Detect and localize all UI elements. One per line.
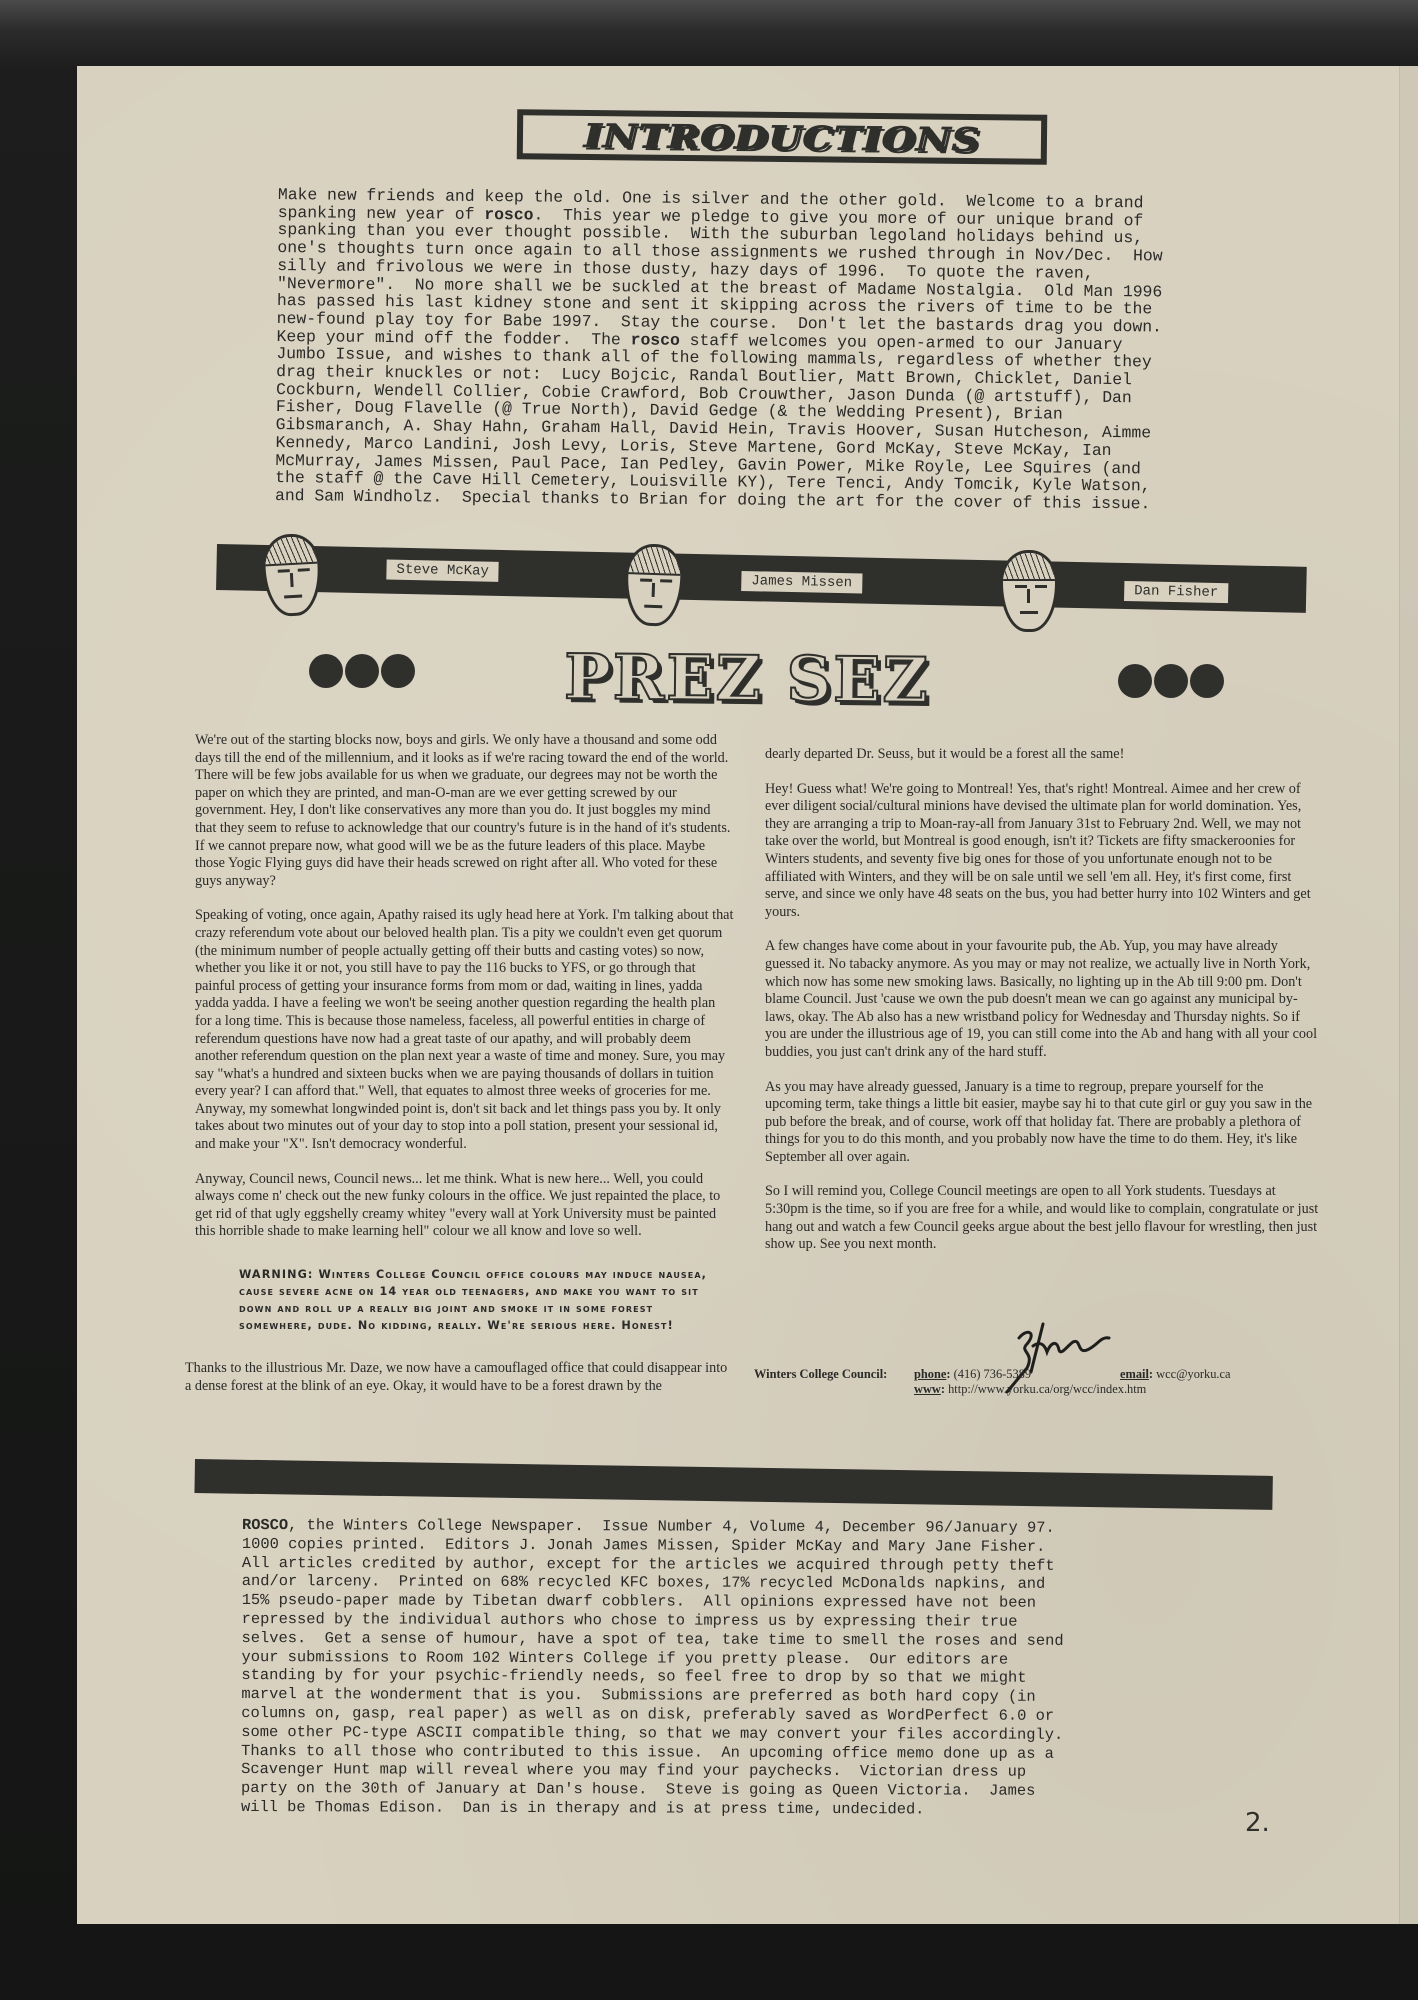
prez-sez-left-column: We're out of the starting blocks now, bo…: [195, 732, 735, 1258]
thanks-paragraph: Thanks to the illustrious Mr. Daze, we n…: [185, 1360, 735, 1395]
paragraph: We're out of the starting blocks now, bo…: [195, 732, 735, 890]
contact-www: www: http://www.yorku.ca/org/wcc/index.h…: [914, 1381, 1146, 1397]
colophon-text: ROSCO, the Winters College Newspaper. Is…: [241, 1516, 1322, 1821]
introductions-heading: INTRODUCTIONS: [517, 109, 1047, 165]
face-illustration-icon: [624, 543, 685, 627]
bullet-dots-icon: [309, 654, 415, 688]
introductions-heading-text: INTRODUCTIONS: [584, 116, 981, 158]
warning-notice: WARNING: Winters College Council office …: [239, 1266, 719, 1334]
editor-name-label: Dan Fisher: [1124, 581, 1228, 603]
contact-org: Winters College Council:: [754, 1366, 887, 1382]
paragraph: So I will remind you, College Council me…: [765, 1183, 1320, 1253]
editors-strip: Steve McKay James Missen Dan Fisher: [216, 544, 1307, 613]
introductions-text: Make new friends and keep the old. One i…: [275, 186, 1328, 515]
text-line: will be Thomas Edison. Dan is in therapy…: [241, 1798, 1321, 1821]
contact-email: email: wcc@yorku.ca: [1120, 1366, 1231, 1382]
newspaper-page: INTRODUCTIONS Make new friends and keep …: [77, 66, 1418, 1924]
paragraph: Hey! Guess what! We're going to Montreal…: [765, 781, 1320, 922]
paragraph: Speaking of voting, once again, Apathy r…: [195, 907, 735, 1153]
face-illustration-icon: [1000, 550, 1058, 632]
prez-sez-heading: PREZ SEZ: [547, 640, 948, 717]
paragraph: As you may have already guessed, January…: [765, 1079, 1320, 1167]
prez-sez-right-column: dearly departed Dr. Seuss, but it would …: [765, 746, 1320, 1271]
editor-name-label: Steve McKay: [386, 560, 499, 582]
website-link[interactable]: http://www.yorku.ca/org/wcc/index.htm: [948, 1382, 1146, 1396]
divider-bar: [194, 1459, 1272, 1510]
paragraph: A few changes have come about in your fa…: [765, 938, 1320, 1061]
page-fold: [1399, 66, 1418, 1924]
face-illustration-icon: [261, 533, 323, 618]
email-link[interactable]: wcc@yorku.ca: [1156, 1367, 1230, 1381]
page-number: 2.: [1245, 1808, 1270, 1838]
editor-name-label: James Missen: [741, 571, 862, 594]
paragraph: Anyway, Council news, Council news... le…: [195, 1171, 735, 1241]
bullet-dots-icon: [1118, 664, 1224, 698]
paragraph: dearly departed Dr. Seuss, but it would …: [765, 746, 1320, 764]
contact-phone: phone: (416) 736-5389: [914, 1366, 1031, 1382]
